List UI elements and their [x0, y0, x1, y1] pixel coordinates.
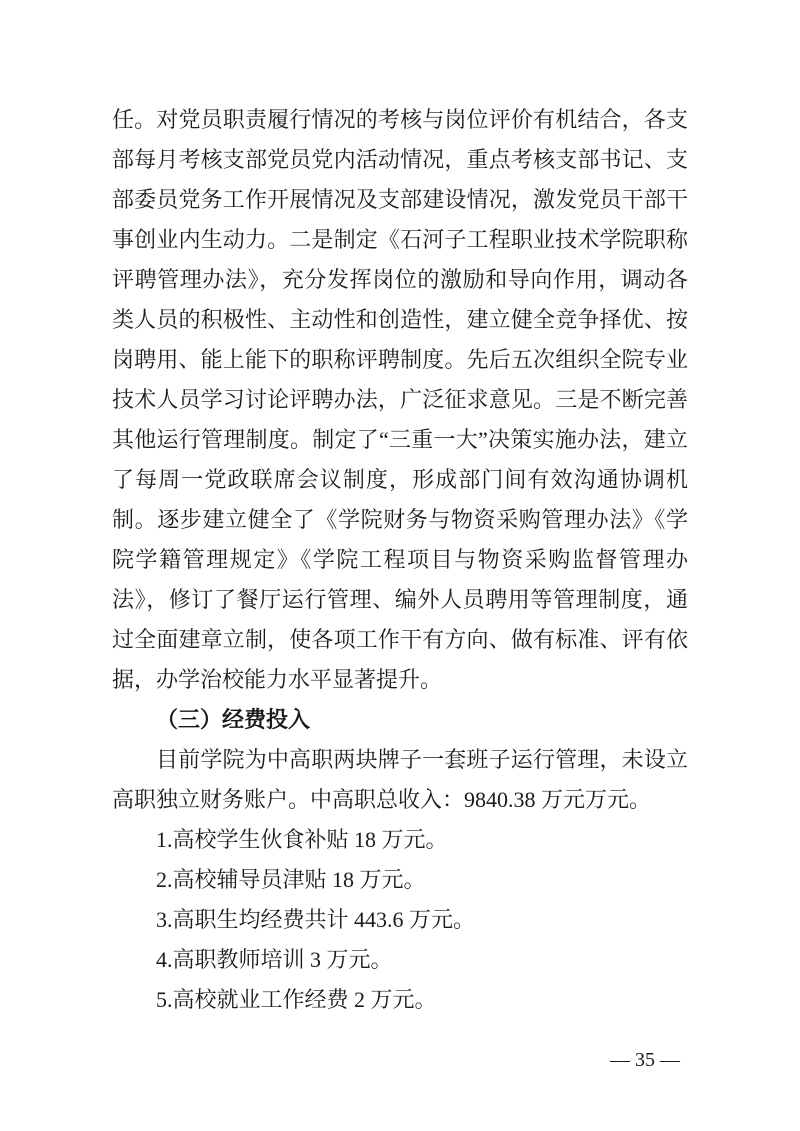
page-body: 任。对党员职责履行情况的考核与岗位评价有机结合，各支部每月考核支部党员党内活动情… — [112, 100, 688, 1020]
page-number: — 35 — — [595, 1048, 695, 1072]
section-heading-funding: （三）经费投入 — [112, 700, 688, 740]
list-item-employment-funds: 5.高校就业工作经费 2 万元。 — [112, 980, 688, 1020]
paragraph-governance-continued: 任。对党员职责履行情况的考核与岗位评价有机结合，各支部每月考核支部党员党内活动情… — [112, 100, 688, 700]
list-item-counselor-allowance: 2.高校辅导员津贴 18 万元。 — [112, 860, 688, 900]
list-item-per-student-funds: 3.高职生均经费共计 443.6 万元。 — [112, 900, 688, 940]
list-item-teacher-training: 4.高职教师培训 3 万元。 — [112, 940, 688, 980]
list-item-meal-subsidy: 1.高校学生伙食补贴 18 万元。 — [112, 820, 688, 860]
document-page: 任。对党员职责履行情况的考核与岗位评价有机结合，各支部每月考核支部党员党内活动情… — [0, 0, 800, 1131]
paragraph-funding-intro: 目前学院为中高职两块牌子一套班子运行管理，未设立高职独立财务账户。中高职总收入：… — [112, 740, 688, 820]
